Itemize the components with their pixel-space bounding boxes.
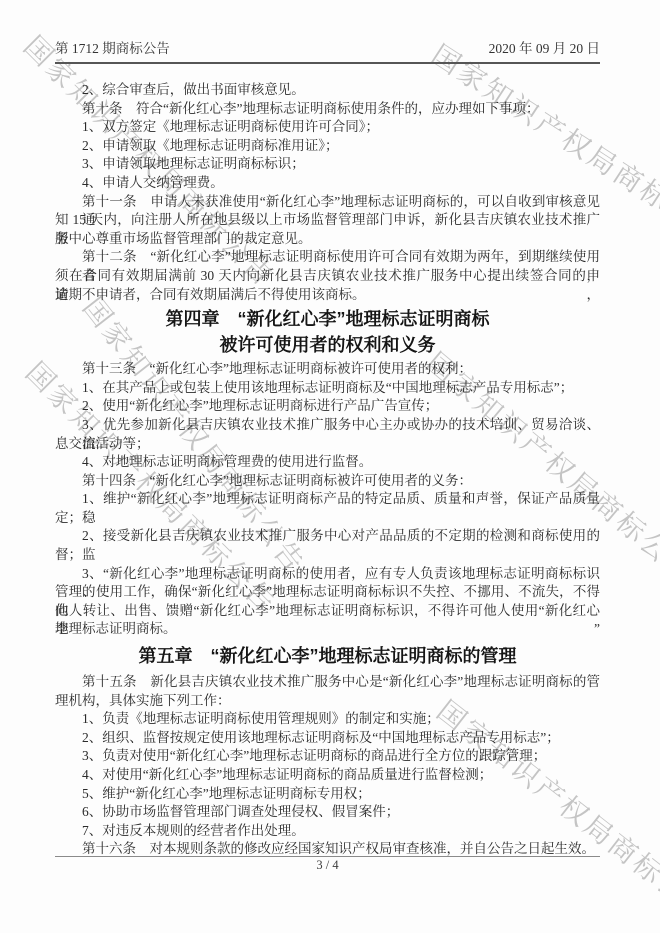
body-line: 3、负责对使用“新化红心李”地理标志证明商标的商品进行全方位的跟踪管理； (55, 747, 600, 766)
body-line: 务中心尊重市场监督管理部门的裁定意见。 (55, 230, 600, 249)
body-line: 理机构，具体实施下列工作： (55, 692, 600, 711)
chapter-heading: 第四章 “新化红心李”地理标志证明商标被许可使用者的权利和义务 (55, 306, 600, 358)
body-line: 3、申请领取地理标志证明商标标识； (55, 155, 600, 174)
body-line: 2、组织、监督按规定使用该地理标志证明商标及“中国地理标志产品专用标志”； (55, 729, 600, 748)
body-line: 管理、使用工作，确保“新化红心李”地理标志证明商标标识不失控、不挪用、不流失，不… (55, 583, 600, 602)
chapter-heading-line: 第四章 “新化红心李”地理标志证明商标 (55, 306, 600, 332)
body-line: 1、负责《地理标志证明商标使用管理规则》的制定和实施； (55, 710, 600, 729)
body-line: 第十四条 “新化红心李”地理标志证明商标被许可使用者的义务： (55, 472, 600, 491)
body-line: 第十二条 “新化红心李”地理标志证明商标使用许可合同有效期为两年，到期继续使用者… (55, 248, 600, 267)
body-line: 须在合同有效期届满前 30 天内向新化县吉庆镇农业技术推广服务中心提出续签合同的… (55, 267, 600, 286)
body-line: 4、申请人交纳管理费。 (55, 174, 600, 193)
gazette-date: 2020 年 09 月 20 日 (489, 40, 600, 58)
body-line: 3、“新化红心李”地理标志证明商标的使用者，应有专人负责该地理标志证明商标标识的 (55, 565, 600, 584)
page-header: 第 1712 期商标公告 2020 年 09 月 20 日 (55, 40, 600, 64)
body-line: 2、使用“新化红心李”地理标志证明商标进行产品广告宣传； (55, 397, 600, 416)
body-line: 第十条 符合“新化红心李”地理标志证明商标使用条件的，应办理如下事项： (55, 100, 600, 119)
body-line: 2、综合审查后，做出书面审核意见。 (55, 81, 600, 100)
body-line: 6、协助市场监督管理部门调查处理侵权、假冒案件； (55, 803, 600, 822)
body-line: 第十三条 “新化红心李”地理标志证明商标被许可使用者的权利： (55, 360, 600, 379)
body-line: 2、接受新化县吉庆镇农业技术推广服务中心对产品品质的不定期的检测和商标使用的监 (55, 527, 600, 546)
body-line: 7、对违反本规则的经营者作出处理。 (55, 822, 600, 841)
gazette-issue-title: 第 1712 期商标公告 (55, 40, 170, 58)
body-line: 1、维护“新化红心李”地理标志证明商标产品的特定品质、质量和声誉，保证产品质量稳 (55, 490, 600, 509)
body-line: 5、维护“新化红心李”地理标志证明商标专用权； (55, 785, 600, 804)
body-line: 4、对地理标志证明商标管理费的使用进行监督。 (55, 453, 600, 472)
gazette-page: 国家知识产权局商标公告 国家知识产权局商标公告 国家知识产权局商标公告 国家知识… (0, 0, 660, 933)
document-body: 2、综合审查后，做出书面审核意见。第十条 符合“新化红心李”地理标志证明商标使用… (55, 81, 600, 859)
body-line: 3、优先参加新化县吉庆镇农业技术推广服务中心主办或协办的技术培训、贸易洽谈、信 (55, 416, 600, 435)
body-line: 2、申请领取《地理标志证明商标准用证》； (55, 137, 600, 156)
body-line: 1、在其产品上或包装上使用该地理标志证明商标及“中国地理标志产品专用标志”； (55, 379, 600, 398)
body-line: 他人转让、出售、馈赠“新化红心李”地理标志证明商标标识，不得许可他人使用“新化红… (55, 602, 600, 621)
body-line: 第十一条 申请人未获准使用“新化红心李”地理标志证明商标的，可以自收到审核意见通 (55, 193, 600, 212)
body-line: 知 15 天内，向注册人所在地县级以上市场监督管理部门申诉，新化县吉庆镇农业技术… (55, 211, 600, 230)
body-line: 督； (55, 546, 600, 565)
page-number: 3 / 4 (316, 858, 338, 872)
body-line: 1、双方签定《地理标志证明商标使用许可合同》； (55, 118, 600, 137)
page-footer: 3 / 4 (55, 856, 600, 873)
body-line: 息交流活动等； (55, 435, 600, 454)
body-line: 第十五条 新化县吉庆镇农业技术推广服务中心是“新化红心李”地理标志证明商标的管 (55, 673, 600, 692)
body-line: 定； (55, 509, 600, 528)
body-line: 4、对使用“新化红心李”地理标志证明商标的商品质量进行监督检测； (55, 766, 600, 785)
chapter-heading-line: 被许可使用者的权利和义务 (55, 332, 600, 358)
chapter-heading-line: 第五章 “新化红心李”地理标志证明商标的管理 (55, 643, 600, 669)
chapter-heading: 第五章 “新化红心李”地理标志证明商标的管理 (55, 643, 600, 669)
